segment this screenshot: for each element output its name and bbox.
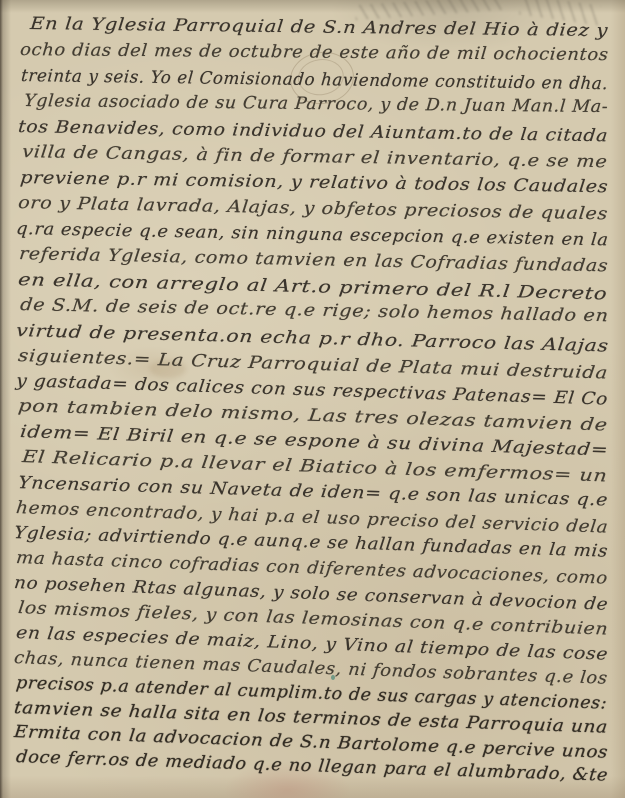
manuscript-page: En la Yglesia Parroquial de S.n Andres d… (0, 0, 625, 798)
